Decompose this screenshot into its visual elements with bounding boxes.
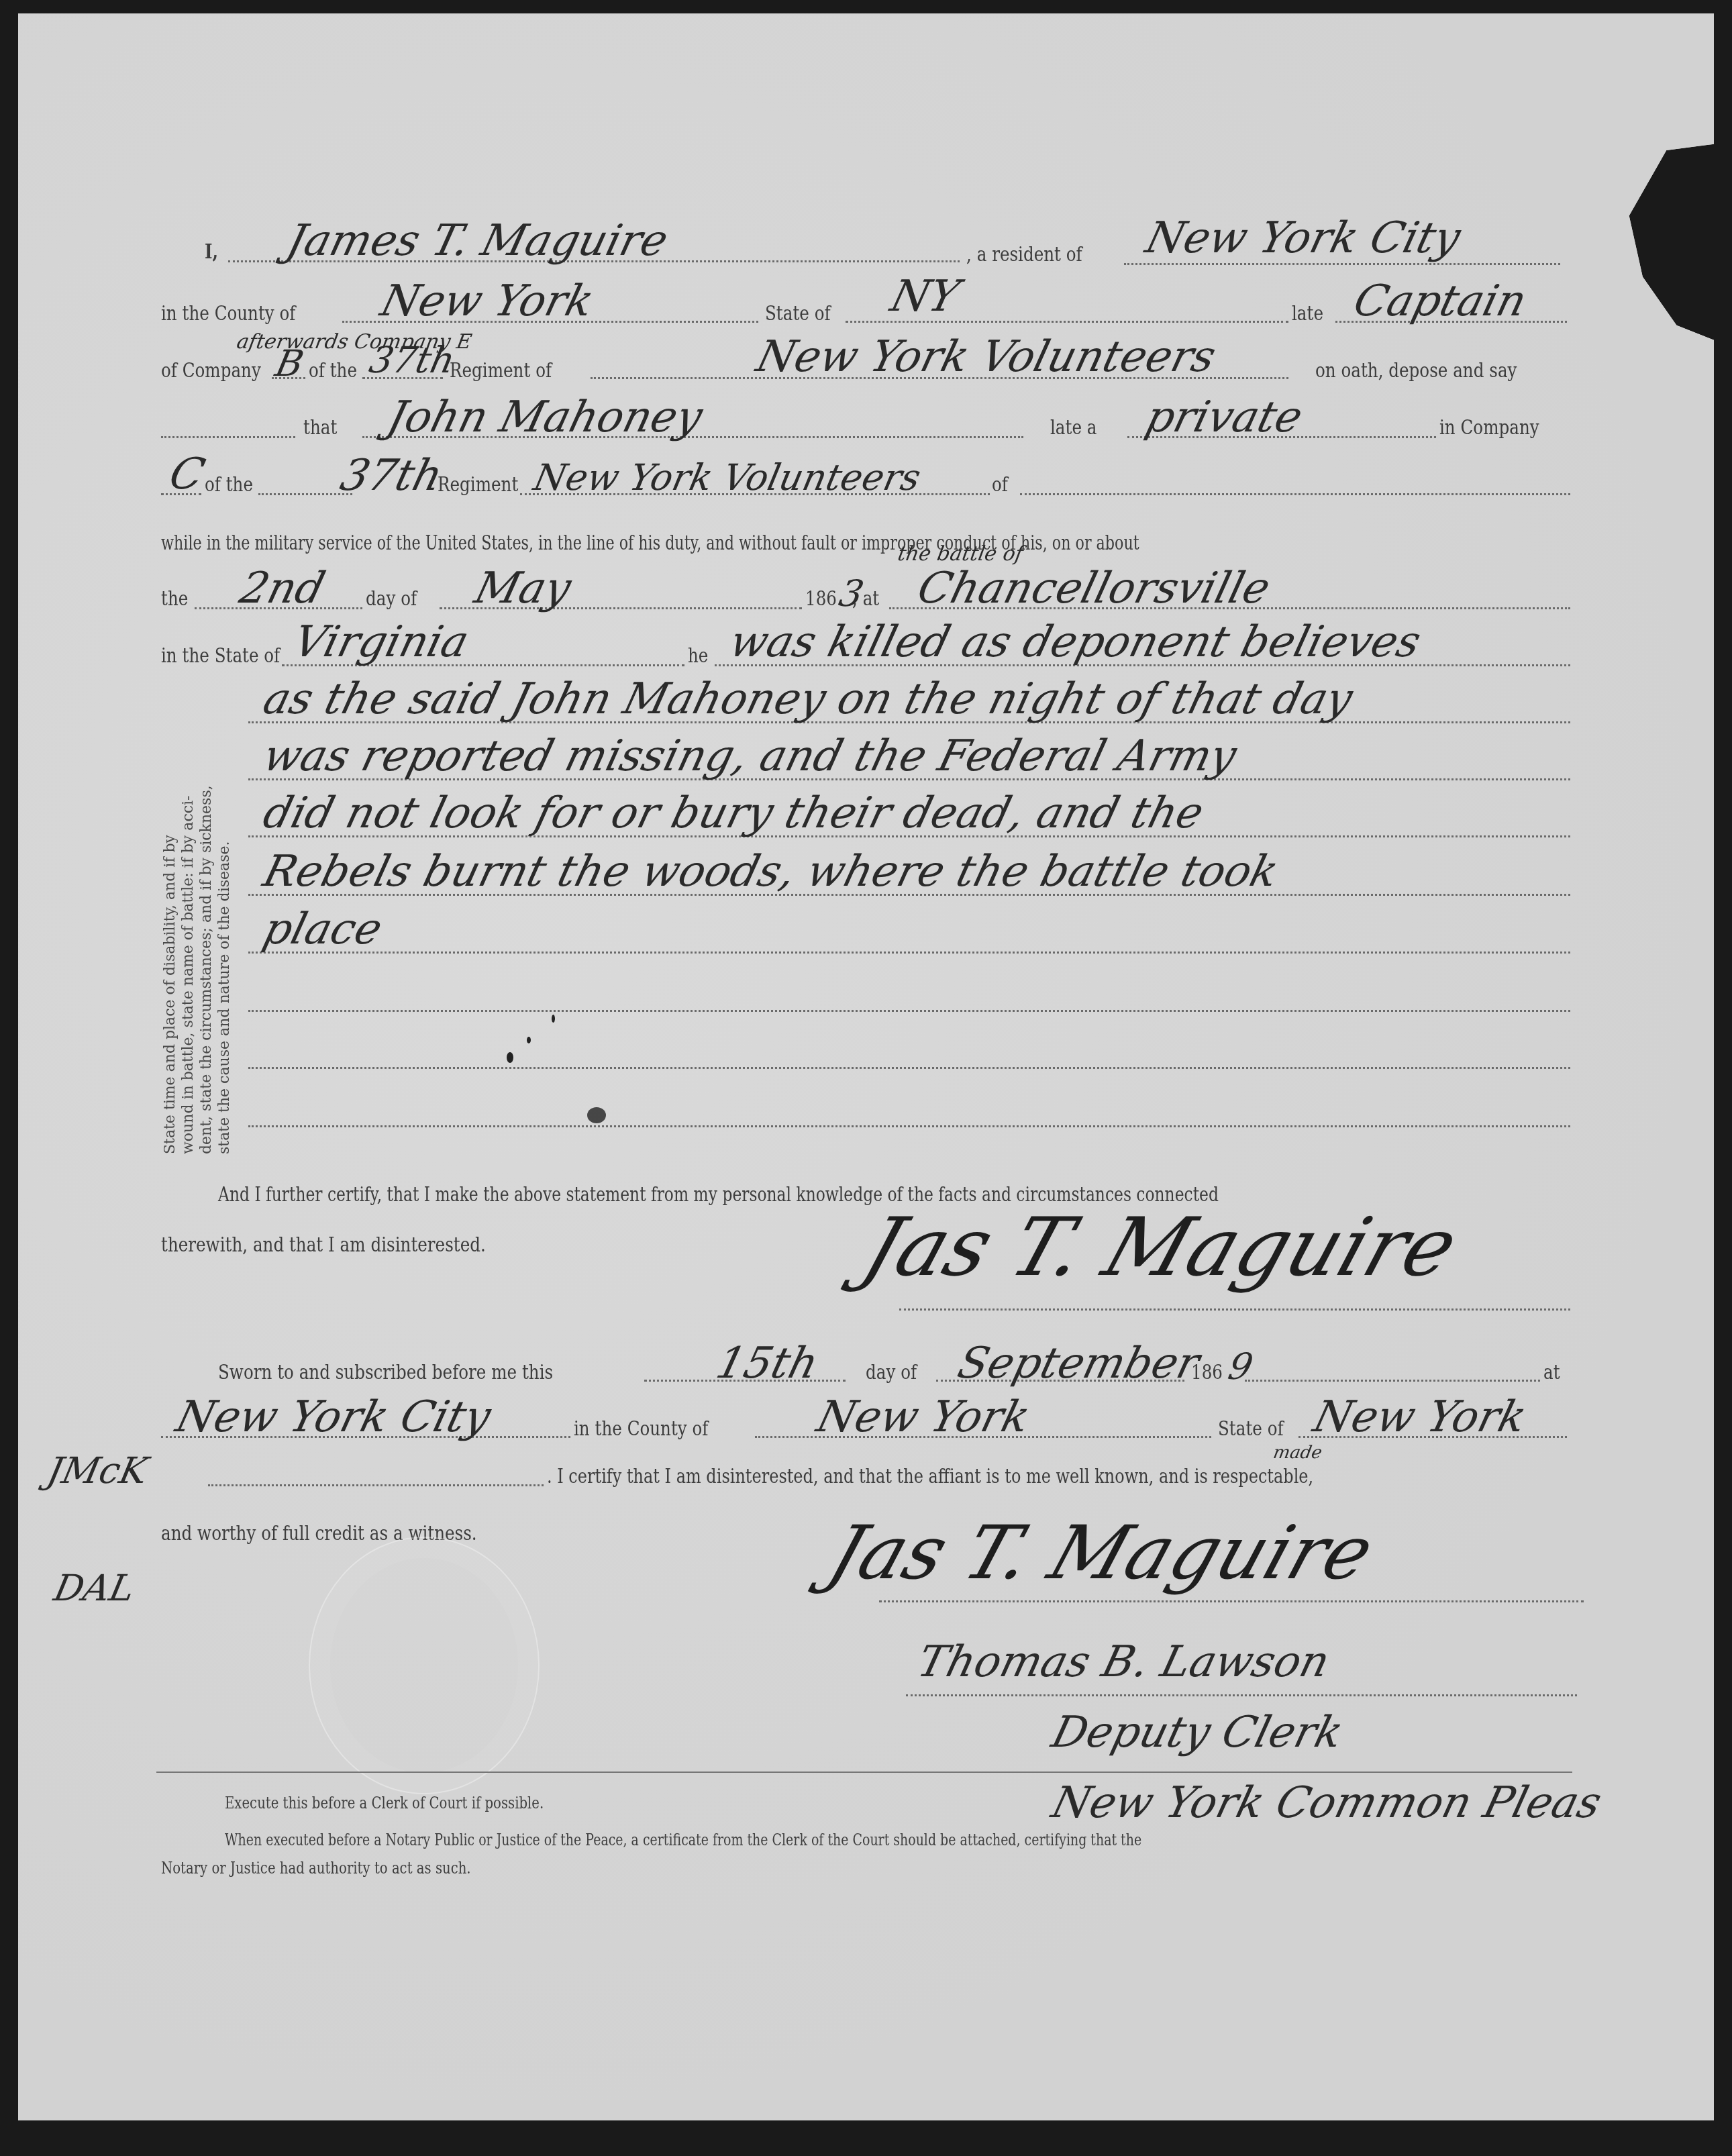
certification-line-2: therewith, and that I am disinterested. bbox=[161, 1233, 486, 1257]
narrative-rule bbox=[248, 952, 1570, 954]
side-instruction-line: dent, state the circumstances; and if by… bbox=[197, 684, 215, 1154]
deponent-signature-line bbox=[899, 1308, 1570, 1311]
narrative-line-5: place bbox=[258, 905, 387, 954]
resident-label: , a resident of bbox=[966, 243, 1082, 266]
side-instructions: State time and place of disability, and … bbox=[161, 684, 234, 1154]
affiant-signature: Jas T. Maguire bbox=[819, 1510, 1384, 1596]
event-day: 2nd bbox=[235, 564, 329, 613]
footer-rule bbox=[156, 1772, 1572, 1773]
narrative-rule bbox=[248, 1125, 1570, 1127]
regiment-number: 37th bbox=[366, 339, 459, 381]
late-a-label: late a bbox=[1050, 416, 1097, 440]
prefix-i: I, bbox=[205, 240, 218, 264]
ink-blot bbox=[507, 1052, 513, 1063]
official-signature: Thomas B. Lawson bbox=[913, 1637, 1335, 1687]
narrative-line-4: Rebels burnt the woods, where the battle… bbox=[258, 847, 1283, 896]
event-at-label: , at bbox=[852, 587, 879, 611]
court-name: New York Common Pleas bbox=[1047, 1778, 1607, 1828]
certify-insert: made bbox=[1272, 1443, 1323, 1463]
event-he-label: he bbox=[688, 644, 708, 668]
jurat-county-label: in the County of bbox=[574, 1417, 708, 1441]
narrative-line-3: did not look for or bury their dead, and… bbox=[258, 788, 1209, 838]
state-label: State of bbox=[765, 302, 831, 325]
footer-note-2a: When executed before a Notary Public or … bbox=[225, 1831, 1141, 1849]
narrative-line-1: as the said John Mahoney on the night of… bbox=[258, 674, 1358, 724]
ink-blot bbox=[552, 1015, 555, 1023]
event-state: Virginia bbox=[289, 617, 474, 667]
embossed-seal bbox=[309, 1537, 540, 1794]
jurat-at-label: at bbox=[1543, 1361, 1560, 1384]
regiment-of-label: Regiment of bbox=[450, 359, 552, 382]
county: New York bbox=[376, 276, 599, 326]
footer-note-2b: Notary or Justice had authority to act a… bbox=[161, 1859, 471, 1878]
jurat-state-label: State of bbox=[1218, 1417, 1284, 1441]
narrative-line-2: was reported missing, and the Federal Ar… bbox=[258, 731, 1241, 781]
clerk-initials-2: DAL bbox=[50, 1567, 139, 1609]
regiment-name: New York Volunteers bbox=[752, 332, 1221, 382]
side-instruction-line: state the cause and nature of the diseas… bbox=[215, 684, 234, 1154]
jurat-county: New York bbox=[812, 1392, 1035, 1442]
event-the-label: the bbox=[161, 587, 188, 611]
deponent-name: James T. Maguire bbox=[282, 216, 673, 266]
oath-label: on oath, depose and say bbox=[1315, 359, 1517, 382]
blank-field-line bbox=[161, 436, 295, 438]
jurat-state: New York bbox=[1309, 1392, 1531, 1442]
certify-text: . I certify that I am disinterested, and… bbox=[547, 1465, 1313, 1488]
soldier-regiment-label: Regiment bbox=[438, 473, 518, 497]
soldier-of-label: of bbox=[992, 473, 1008, 497]
soldier-name: John Mahoney bbox=[383, 393, 707, 442]
official-signature-line bbox=[906, 1694, 1577, 1696]
jurat-day-of-label: day of bbox=[866, 1361, 917, 1384]
sworn-label: Sworn to and subscribed before me this bbox=[218, 1361, 553, 1384]
event-month: May bbox=[470, 564, 576, 613]
footer-note-1: Execute this before a Clerk of Court if … bbox=[225, 1794, 544, 1812]
narrative-line-0: was killed as deponent believes bbox=[725, 617, 1426, 667]
soldier-regiment-name: New York Volunteers bbox=[530, 456, 925, 499]
event-day-of-label: day of bbox=[366, 587, 417, 611]
side-instruction-line: wound in battle, state name of battle: i… bbox=[179, 684, 197, 1154]
ink-blot bbox=[527, 1037, 531, 1043]
event-year-prefix: 186 bbox=[805, 587, 837, 611]
jurat-at-field-line bbox=[1245, 1380, 1540, 1382]
deponent-signature: Jas T. Maguire bbox=[852, 1201, 1469, 1294]
state: NY bbox=[886, 272, 964, 321]
side-instruction-line: State time and place of disability, and … bbox=[161, 684, 179, 1154]
jurat-month: September bbox=[953, 1339, 1205, 1388]
event-state-label: in the State of bbox=[161, 644, 280, 668]
event-place-note: the battle of bbox=[896, 542, 1025, 566]
clerk-initials-1: JMcK bbox=[44, 1449, 152, 1492]
narrative-rule bbox=[248, 1067, 1570, 1069]
residence-field-line bbox=[1124, 263, 1560, 265]
soldier-of-field-line bbox=[1020, 493, 1570, 495]
soldier-rank: private bbox=[1141, 393, 1307, 442]
residence: New York City bbox=[1141, 213, 1466, 263]
jurat-day: 15th bbox=[711, 1339, 823, 1388]
narrative-rule bbox=[248, 1010, 1570, 1012]
official-title: Deputy Clerk bbox=[1047, 1708, 1348, 1757]
that-label: that bbox=[303, 416, 337, 440]
soldier-regiment-number: 37th bbox=[336, 451, 448, 501]
in-company-label: in Company bbox=[1439, 416, 1539, 440]
company-label: of Company bbox=[161, 359, 261, 382]
soldier-of-the-label: of the bbox=[205, 473, 253, 497]
officer-field-line bbox=[208, 1484, 544, 1486]
jurat-place: New York City bbox=[171, 1392, 496, 1442]
late-label: late bbox=[1292, 302, 1323, 325]
event-place: Chancellorsville bbox=[913, 564, 1275, 613]
affiant-signature-line bbox=[879, 1600, 1584, 1602]
ink-blot bbox=[587, 1107, 606, 1123]
jurat-year-prefix: 186 bbox=[1191, 1361, 1223, 1384]
county-label: in the County of bbox=[161, 302, 295, 325]
deponent-rank: Captain bbox=[1349, 276, 1531, 326]
of-the-label: of the bbox=[309, 359, 357, 382]
